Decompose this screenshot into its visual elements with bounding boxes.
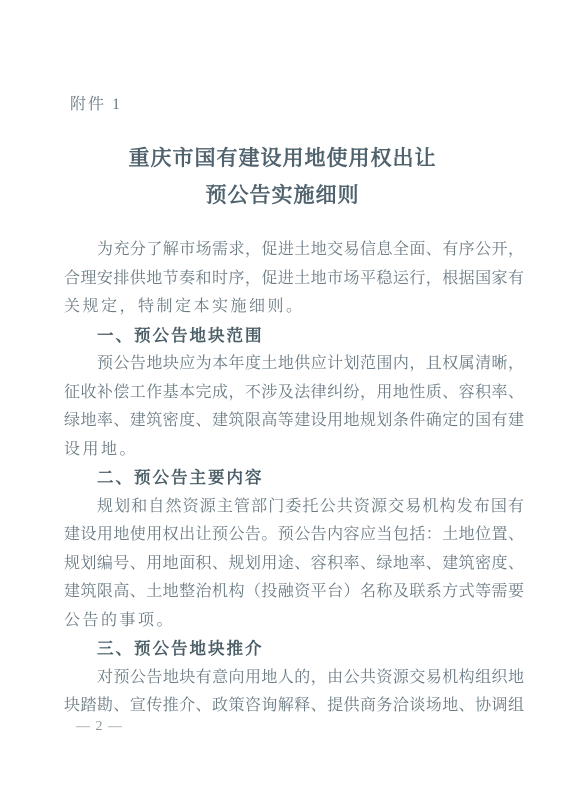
body-line: 块踏勘、宣传推介、政策咨询解释、提供商务洽谈场地、协调组 xyxy=(64,692,524,721)
section-heading-3: 三、预公告地块推介 xyxy=(64,635,524,664)
intro-line: 合理安排供地节奏和时序，促进土地市场平稳运行，根据国家有 xyxy=(64,265,524,294)
title-line-1: 重庆市国有建设用地使用权出让 xyxy=(0,140,565,177)
body-line: 预公告地块应为本年度土地供应计划范围内，且权属清晰， xyxy=(64,350,524,379)
scanned-document-page: 附件 1 重庆市国有建设用地使用权出让 预公告实施细则 为充分了解市场需求，促进… xyxy=(0,0,565,800)
body-line: 绿地率、建筑密度、建筑限高等建设用地规划条件确定的国有建 xyxy=(64,407,524,436)
section-heading-1: 一、预公告地块范围 xyxy=(64,322,524,351)
section-heading-2: 二、预公告主要内容 xyxy=(64,464,524,493)
title-line-2: 预公告实施细则 xyxy=(0,177,565,214)
body-line: 对预公告地块有意向用地人的，由公共资源交易机构组织地 xyxy=(64,664,524,693)
document-body: 为充分了解市场需求，促进土地交易信息全面、有序公开， 合理安排供地节奏和时序，促… xyxy=(64,236,524,721)
intro-line: 关规定，特制定本实施细则。 xyxy=(64,293,524,322)
body-line: 征收补偿工作基本完成，不涉及法律纠纷，用地性质、容积率、 xyxy=(64,379,524,408)
body-line: 建筑限高、土地整治机构（投融资平台）名称及联系方式等需要 xyxy=(64,578,524,607)
body-line: 规划编号、用地面积、规划用途、容积率、绿地率、建筑密度、 xyxy=(64,550,524,579)
body-line: 设用地。 xyxy=(64,436,524,465)
page-number: — 2 — xyxy=(76,719,123,735)
attachment-label: 附件 1 xyxy=(70,91,122,114)
intro-line: 为充分了解市场需求，促进土地交易信息全面、有序公开， xyxy=(64,236,524,265)
body-line: 公告的事项。 xyxy=(64,607,524,636)
document-title: 重庆市国有建设用地使用权出让 预公告实施细则 xyxy=(0,140,565,214)
body-line: 规划和自然资源主管部门委托公共资源交易机构发布国有 xyxy=(64,493,524,522)
body-line: 建设用地使用权出让预公告。预公告内容应当包括：土地位置、 xyxy=(64,521,524,550)
